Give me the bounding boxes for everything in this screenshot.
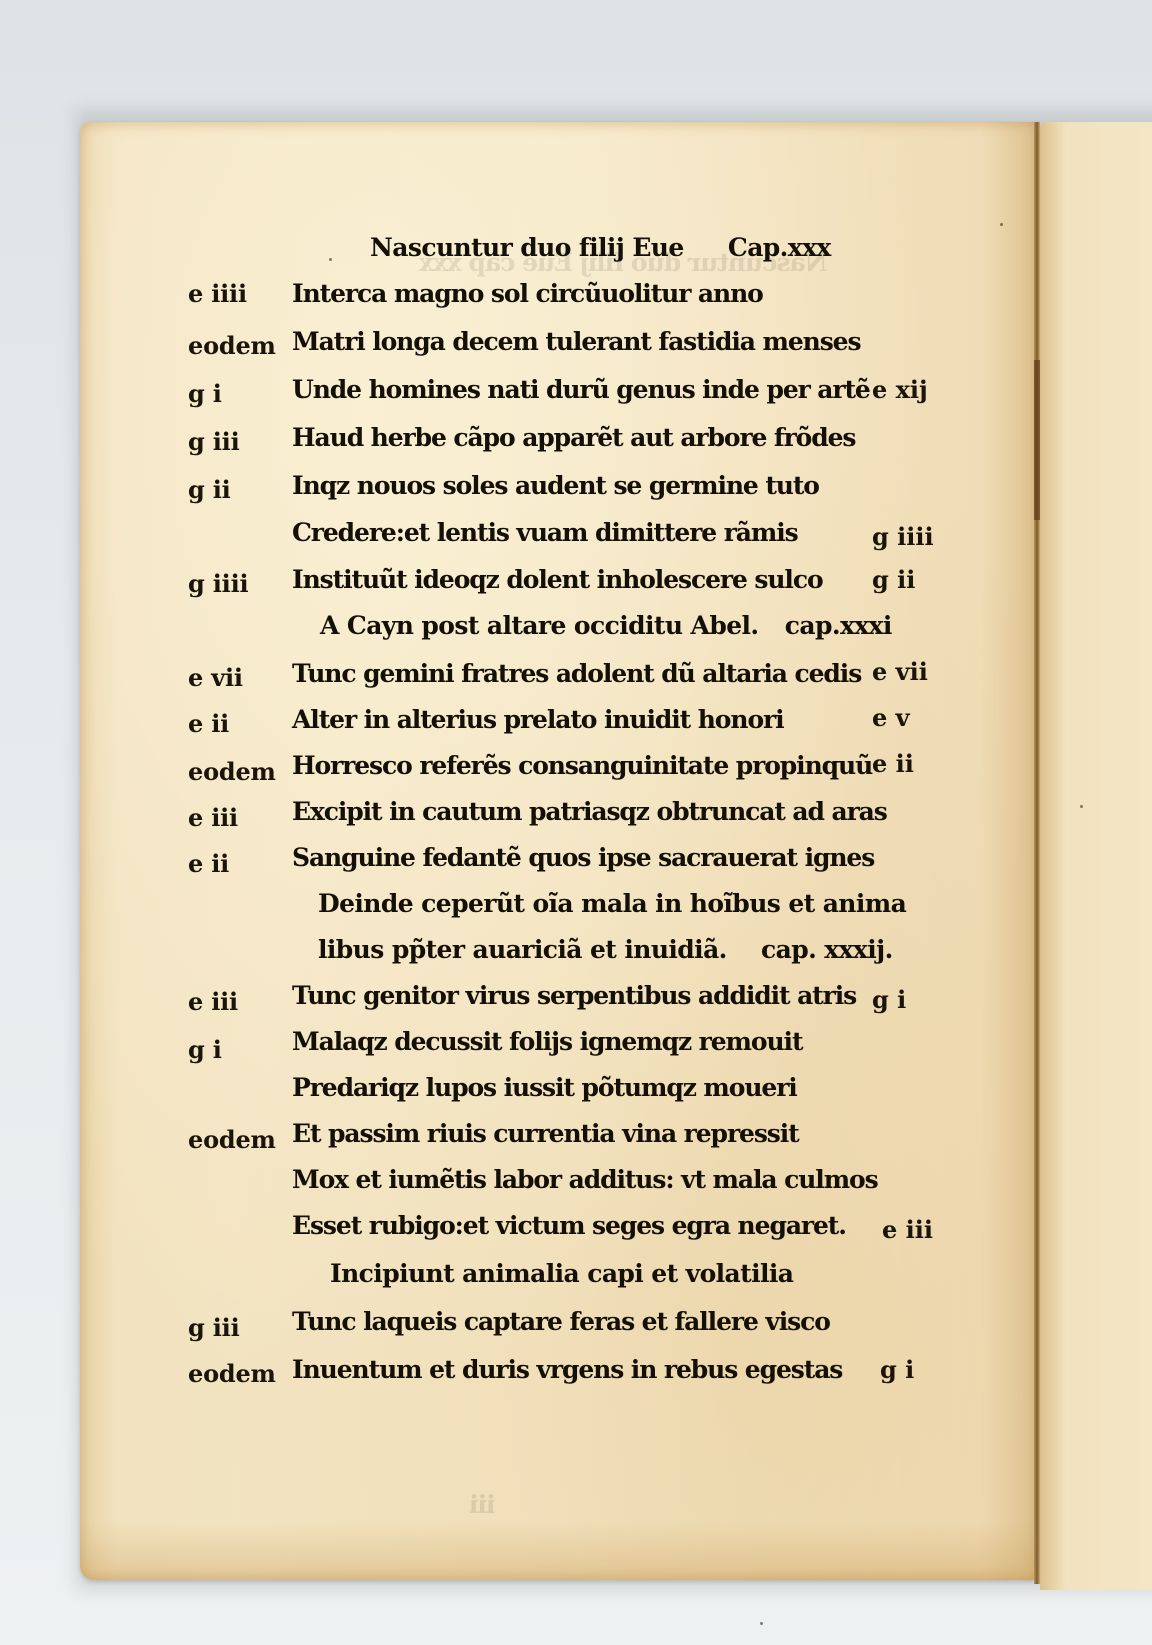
marginal-reference-right: g i — [872, 980, 906, 1020]
verse-line: Interca magno sol circũuolitur anno — [292, 274, 763, 314]
paper-speck — [1000, 223, 1003, 226]
verse-line: Tunc laqueis captare feras et fallere vi… — [292, 1302, 830, 1342]
chapter-number: cap. xxxij. — [761, 935, 893, 964]
marginal-reference-left: eodem — [188, 326, 276, 366]
marginal-reference-left: g iiii — [188, 564, 248, 604]
page-text: Nascuntur duo filij Eue Cap.xxx e iiii I… — [0, 0, 1152, 1645]
paper-speck — [329, 258, 332, 261]
marginal-reference-left: g ii — [188, 470, 231, 510]
verse-line: Excipit in cautum patriasqz obtruncat ad… — [292, 792, 887, 832]
marginal-reference-left: eodem — [188, 752, 276, 792]
verse-line: Sanguine fedantẽ quos ipse sacrauerat ig… — [292, 838, 874, 878]
chapter-title: Nascuntur duo filij Eue — [370, 233, 684, 262]
marginal-reference-right: e xij — [872, 370, 928, 410]
chapter-heading: Nascuntur duo filij Eue Cap.xxx — [370, 228, 831, 268]
marginal-reference-left: eodem — [188, 1120, 276, 1160]
marginal-reference-left: g i — [188, 374, 222, 414]
marginal-reference-right: e ii — [872, 744, 914, 784]
verse-line: Tunc genitor virus serpentibus addidit a… — [292, 976, 856, 1016]
verse-line: Et passim riuis currentia vina repressit — [292, 1114, 799, 1154]
verse-line: Malaqz decussit folijs ignemqz remouit — [292, 1022, 802, 1062]
marginal-reference-left: g iii — [188, 422, 240, 462]
marginal-reference-left: e ii — [188, 704, 229, 744]
marginal-reference-left: g i — [188, 1030, 222, 1070]
marginal-reference-right: e iii — [882, 1210, 933, 1250]
verse-line: Matri longa decem tulerant fastidia mens… — [292, 322, 860, 362]
marginal-reference-right: g iiii — [872, 517, 934, 557]
verse-line: Horresco referẽs consanguinitate propinq… — [292, 746, 872, 786]
chapter-heading-line-1: Deinde ceperũt oĩa mala in hoĩbus et ani… — [318, 884, 906, 924]
chapter-title: A Cayn post altare occiditu Abel. — [320, 611, 759, 640]
verse-line: Haud herbe cãpo apparẽt aut arbore frõde… — [292, 418, 855, 458]
marginal-reference-right: e v — [872, 698, 910, 738]
chapter-title: libus pp̃ter auariciã et inuidiã. — [318, 935, 727, 964]
verse-line: Inqz nouos soles audent se germine tuto — [292, 466, 819, 506]
marginal-reference-left: e iii — [188, 982, 238, 1022]
marginal-reference-left: e iiii — [188, 274, 247, 314]
verse-line: Inuentum et duris vrgens in rebus egesta… — [292, 1350, 842, 1390]
marginal-reference-right: e vii — [872, 652, 928, 692]
section-heading: Incipiunt animalia capi et volatilia — [330, 1254, 793, 1294]
marginal-reference-left: eodem — [188, 1354, 276, 1394]
chapter-heading-line-2: libus pp̃ter auariciã et inuidiã. cap. x… — [318, 930, 893, 970]
chapter-heading: A Cayn post altare occiditu Abel. cap.xx… — [320, 606, 892, 646]
marginal-reference-right: g i — [880, 1350, 914, 1390]
chapter-number: Cap.xxx — [728, 233, 831, 262]
verse-line: Alter in alterius prelato inuidit honori — [292, 700, 784, 740]
marginal-reference-left: e ii — [188, 844, 229, 884]
paper-speck — [1080, 805, 1083, 808]
verse-line: Predariqz lupos iussit põtumqz moueri — [292, 1068, 797, 1108]
paper-speck — [760, 1622, 763, 1625]
verse-line: Unde homines nati durũ genus inde per ar… — [292, 370, 870, 410]
verse-line: Credere:et lentis vuam dimittere rãmis — [292, 513, 798, 553]
verse-line: Instituũt ideoqz dolent inholescere sulc… — [292, 560, 823, 600]
marginal-reference-right: g ii — [872, 560, 915, 600]
verse-line: Tunc gemini fratres adolent dũ altaria c… — [292, 654, 861, 694]
marginal-reference-left: g iii — [188, 1308, 240, 1348]
verse-line: Mox et iumẽtis labor additus: vt mala cu… — [292, 1160, 878, 1200]
marginal-reference-left: e vii — [188, 658, 243, 698]
marginal-reference-left: e iii — [188, 798, 238, 838]
chapter-number: cap.xxxi — [785, 611, 892, 640]
verse-line: Esset rubigo:et victum seges egra negare… — [292, 1206, 846, 1246]
